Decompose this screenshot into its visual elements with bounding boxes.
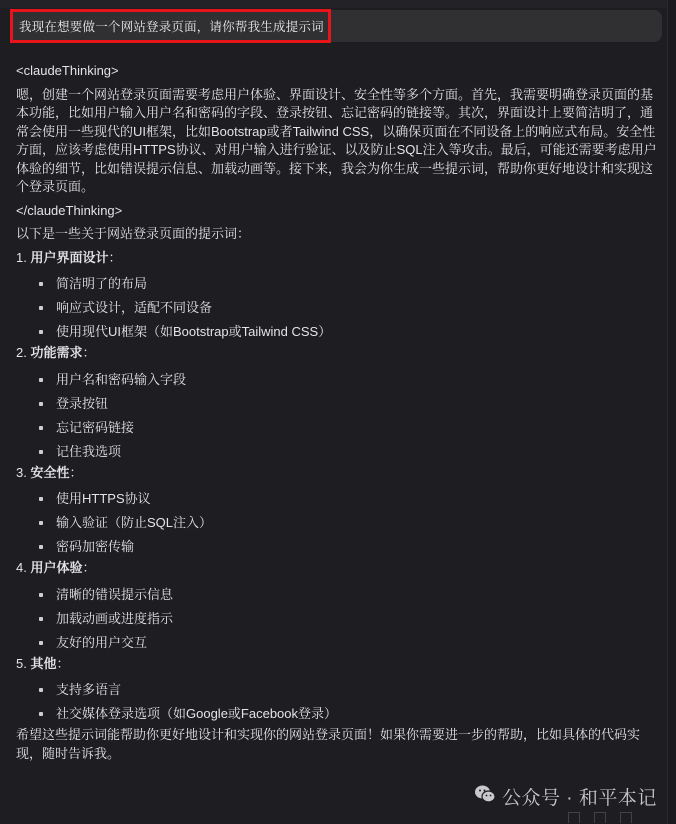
list-item: 社交媒体登录选项（如Google或Facebook登录） [36,702,662,726]
list-item: 使用现代UI框架（如Bootstrap或Tailwind CSS） [36,320,662,344]
section-security: 3. 安全性： 使用HTTPS协议 输入验证（防止SQL注入） 密码加密传输 [16,464,662,560]
section-heading: 4. 用户体验： [16,559,662,578]
section-heading: 2. 功能需求： [16,344,662,363]
list-item: 清晰的错误提示信息 [36,583,662,607]
section-user-experience: 4. 用户体验： 清晰的错误提示信息 加载动画或进度指示 友好的用户交互 [16,559,662,655]
section-other: 5. 其他： 支持多语言 社交媒体登录选项（如Google或Facebook登录… [16,655,662,727]
list-item: 密码加密传输 [36,535,662,559]
intro-text: 以下是一些关于网站登录页面的提示词： [16,225,662,244]
thinking-open-tag: <claudeThinking> [16,62,662,81]
list-item: 响应式设计，适配不同设备 [36,296,662,320]
closing-text: 希望这些提示词能帮助你更好地设计和实现你的网站登录页面！如果你需要进一步的帮助，… [16,726,662,763]
copy-icon[interactable] [568,812,580,823]
section-heading: 3. 安全性： [16,464,662,483]
list-item: 友好的用户交互 [36,631,662,655]
list-item: 简洁明了的布局 [36,272,662,296]
watermark: 公众号 · 和平本记 [474,783,657,810]
user-message-text: 我现在想要做一个网站登录页面，请你帮我生成提示词 [10,17,324,35]
watermark-text: 公众号 · 和平本记 [502,783,657,810]
section-ui-design: 1. 用户界面设计： 简洁明了的布局 响应式设计，适配不同设备 使用现代UI框架… [16,249,662,345]
list-item: 使用HTTPS协议 [36,487,662,511]
more-icon[interactable] [620,812,632,823]
scrollbar-track[interactable] [667,0,676,824]
section-heading: 1. 用户界面设计： [16,249,662,268]
list-item: 登录按钮 [36,392,662,416]
list-item: 记住我选项 [36,440,662,464]
thinking-text: 嗯，创建一个网站登录页面需要考虑用户体验、界面设计、安全性等多个方面。首先，我需… [16,86,662,197]
list-item: 用户名和密码输入字段 [36,368,662,392]
wechat-icon [474,784,502,810]
section-heading: 5. 其他： [16,655,662,674]
top-strip [0,0,676,8]
list-item: 加载动画或进度指示 [36,607,662,631]
list-item: 忘记密码链接 [36,416,662,440]
retry-icon[interactable] [594,812,606,823]
thinking-close-tag: </claudeThinking> [16,202,662,221]
assistant-response: <claudeThinking> 嗯，创建一个网站登录页面需要考虑用户体验、界面… [16,62,662,768]
user-message-bubble: 我现在想要做一个网站登录页面，请你帮我生成提示词 [10,10,662,42]
list-item: 支持多语言 [36,678,662,702]
list-item: 输入验证（防止SQL注入） [36,511,662,535]
message-action-icons [568,812,632,823]
section-functional-requirements: 2. 功能需求： 用户名和密码输入字段 登录按钮 忘记密码链接 记住我选项 [16,344,662,464]
